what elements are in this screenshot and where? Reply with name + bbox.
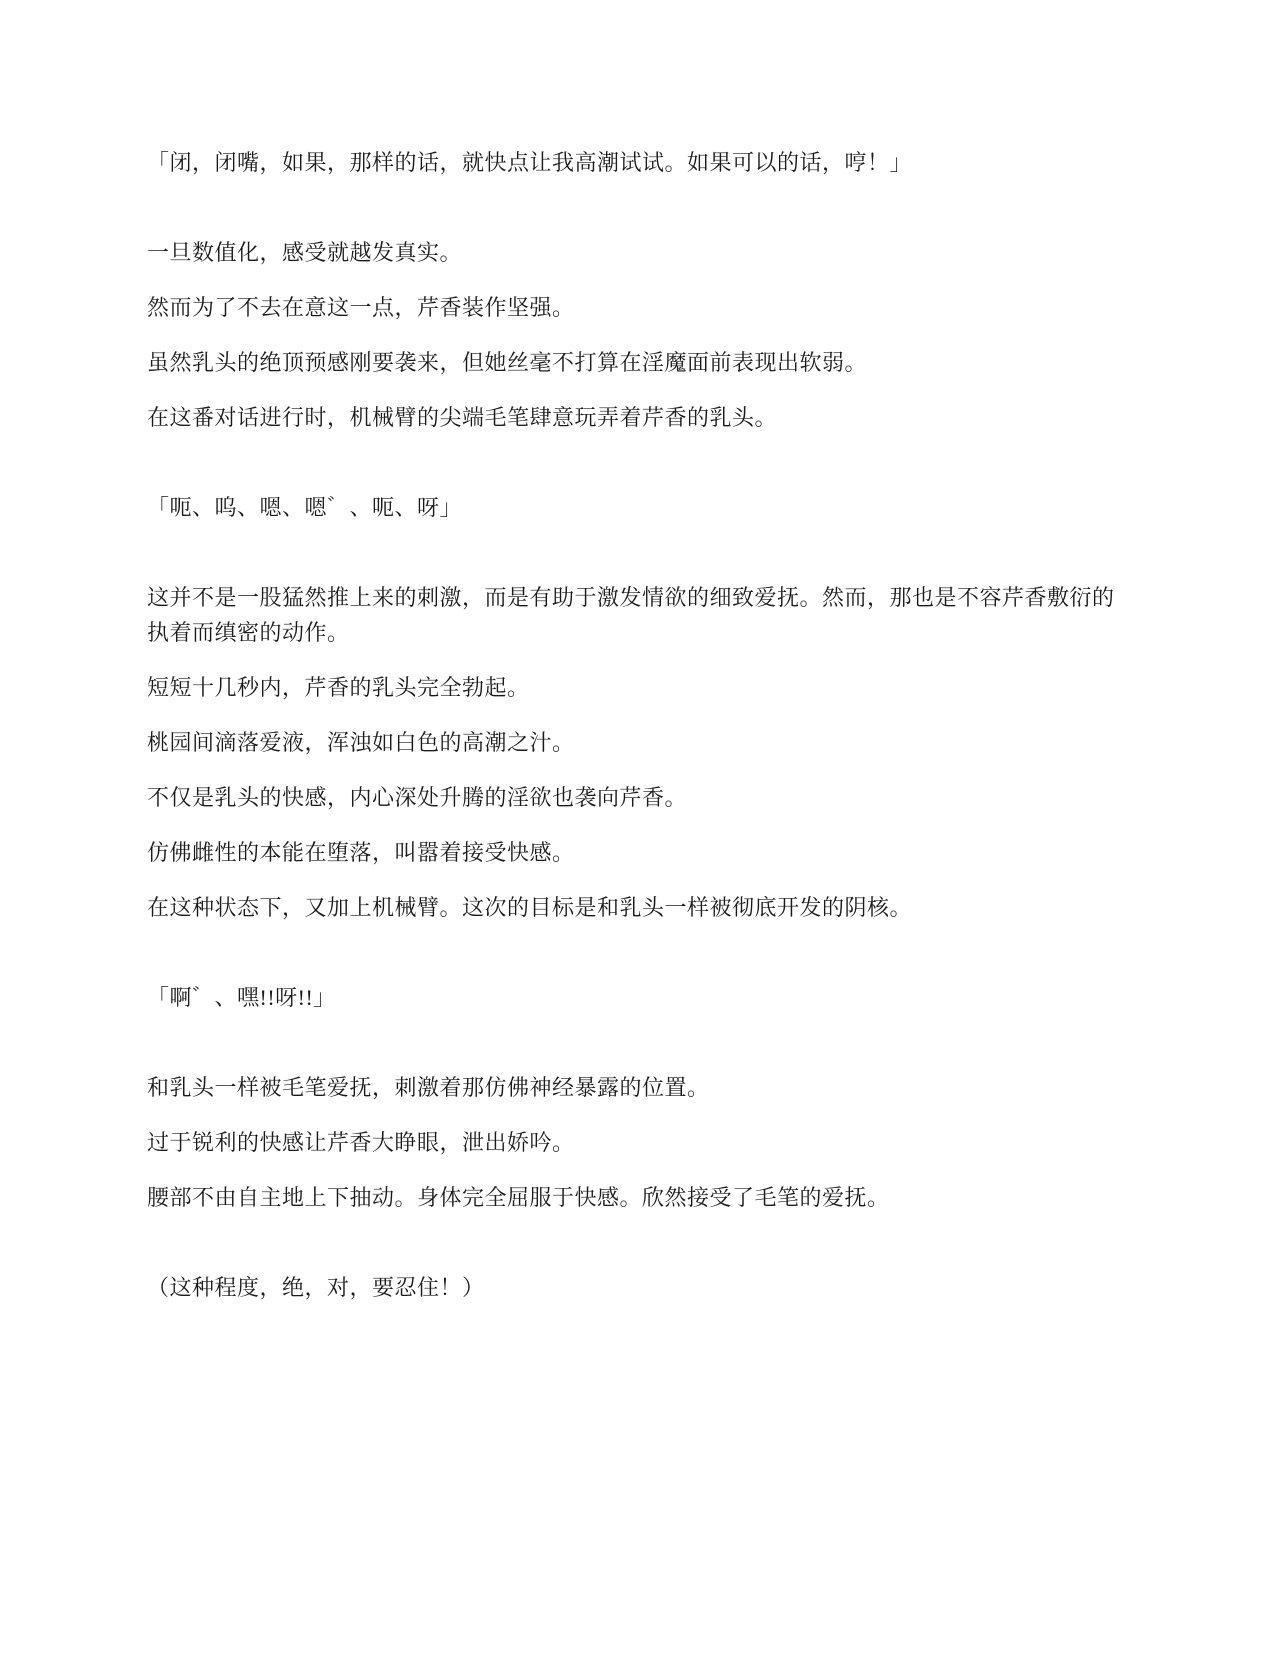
document-page: 「闭，闭嘴，如果，那样的话，就快点让我高潮试试。如果可以的话，哼！」 一旦数值化… [0,0,1280,1656]
paragraph: 腰部不由自主地上下抽动。身体完全屈服于快感。欣然接受了毛笔的爱抚。 [147,1180,1115,1215]
paragraph: 短短十几秒内，芹香的乳头完全勃起。 [147,670,1115,705]
paragraph: 和乳头一样被毛笔爱抚，刺激着那仿佛神经暴露的位置。 [147,1070,1115,1105]
paragraph: 仿佛雌性的本能在堕落，叫嚣着接受快感。 [147,835,1115,870]
thought-line: （这种程度，绝，对，要忍住！） [147,1270,1115,1305]
paragraph: 在这番对话进行时，机械臂的尖端毛笔肆意玩弄着芹香的乳头。 [147,400,1115,435]
paragraph: 这并不是一股猛然推上来的刺激，而是有助于激发情欲的细致爱抚。然而，那也是不容芹香… [147,580,1115,650]
paragraph: 过于锐利的快感让芹香大睁眼，泄出娇吟。 [147,1125,1115,1160]
paragraph: 在这种状态下，又加上机械臂。这次的目标是和乳头一样被彻底开发的阴核。 [147,890,1115,925]
paragraph: 桃园间滴落爱液，浑浊如白色的高潮之汁。 [147,725,1115,760]
paragraph: 然而为了不去在意这一点，芹香装作坚强。 [147,290,1115,325]
paragraph: 不仅是乳头的快感，内心深处升腾的淫欲也袭向芹香。 [147,780,1115,815]
dialogue-line: 「闭，闭嘴，如果，那样的话，就快点让我高潮试试。如果可以的话，哼！」 [147,145,1115,180]
text-body: 「闭，闭嘴，如果，那样的话，就快点让我高潮试试。如果可以的话，哼！」 一旦数值化… [0,0,1280,1305]
dialogue-line: 「呃、呜、嗯、嗯゛、呃、呀」 [147,490,1115,525]
dialogue-line: 「啊゛、嘿!!呀!!」 [147,980,1115,1015]
paragraph: 虽然乳头的绝顶预感刚要袭来，但她丝毫不打算在淫魔面前表现出软弱。 [147,345,1115,380]
paragraph: 一旦数值化，感受就越发真实。 [147,235,1115,270]
